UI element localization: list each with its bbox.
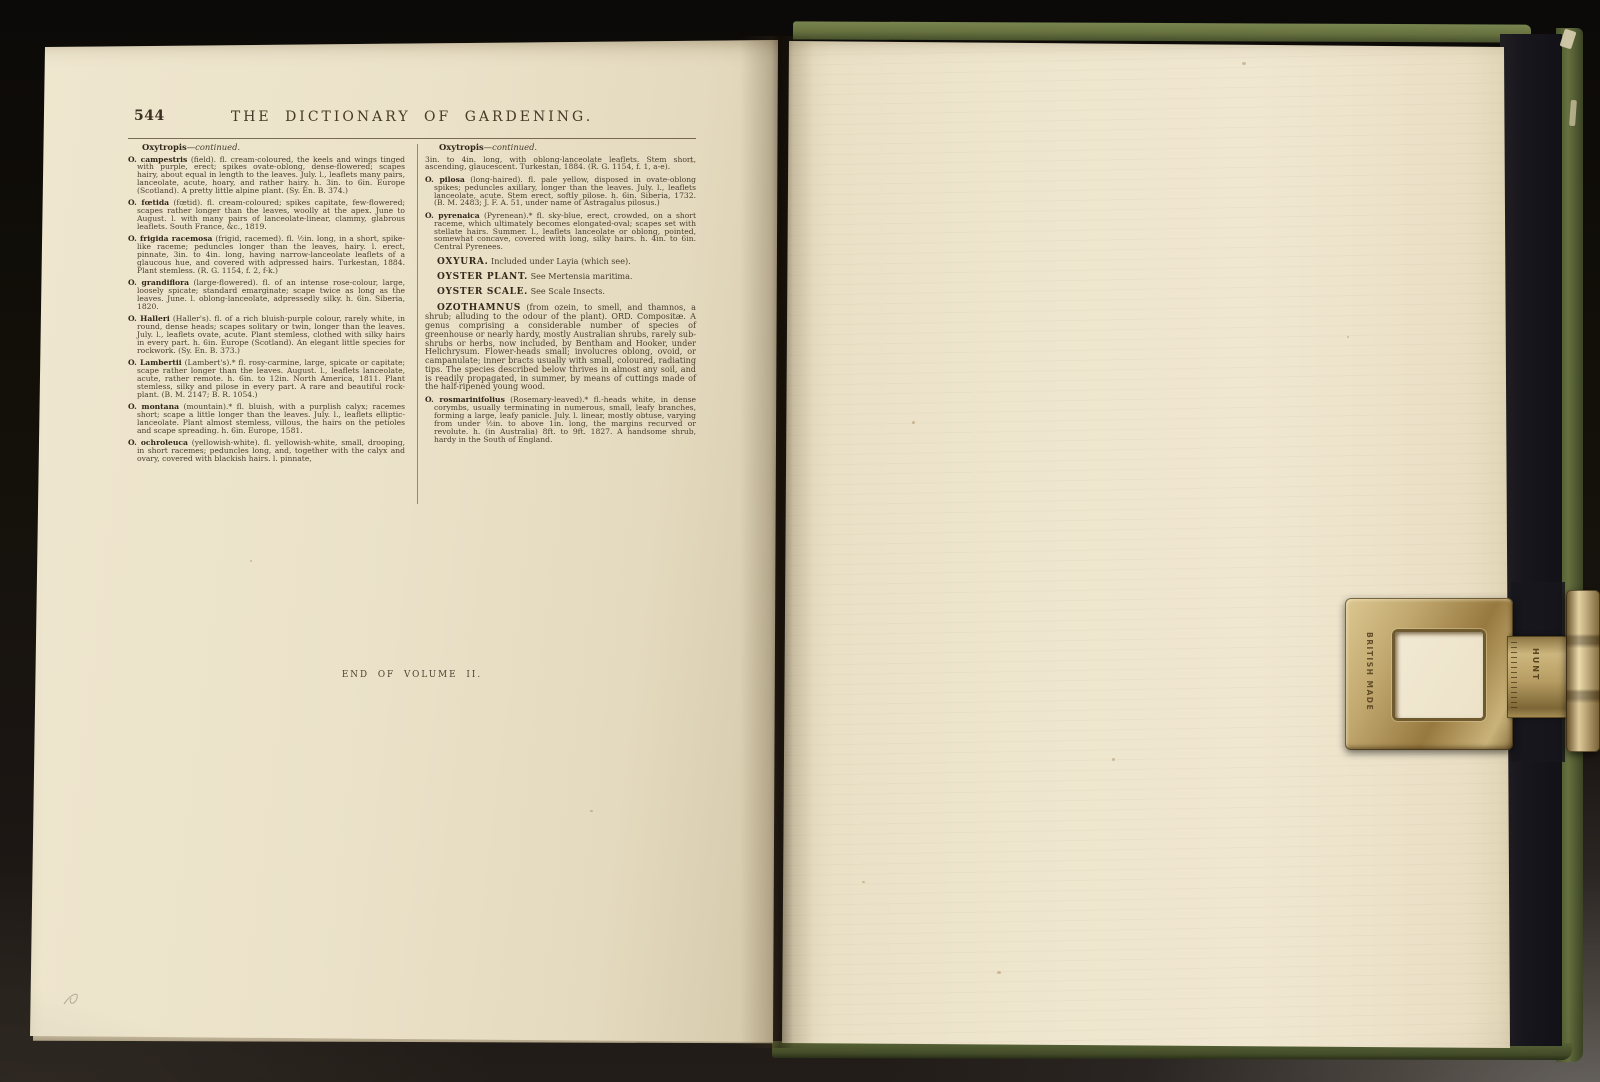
entry-lead: OYSTER SCALE. xyxy=(437,287,528,297)
dictionary-entry: O. pilosa (long-haired). fl. pale yellow… xyxy=(425,176,696,208)
dictionary-entry: OYSTER PLANT. See Mertensia maritima. xyxy=(425,272,696,282)
entry-body: (from ozein, to smell, and thamnos, a sh… xyxy=(425,302,696,392)
dictionary-entry: O. frigida racemosa (frigid, racemed). f… xyxy=(128,235,405,275)
dictionary-entry: O. montana (mountain).* fl. bluish, with… xyxy=(128,403,405,435)
foxing-spot xyxy=(250,560,252,562)
dictionary-entry: O. Halleri (Haller's). fl. of a rich blu… xyxy=(128,315,405,355)
dictionary-entry: O. grandiflora (large-flowered). fl. of … xyxy=(128,279,405,311)
entry-lead: Oxytropis xyxy=(439,142,484,152)
clasp-buckle: BRITISH MADE xyxy=(1345,598,1513,750)
foxing-spot xyxy=(1112,758,1115,761)
foxing-spot xyxy=(912,421,915,424)
right-page xyxy=(782,36,1510,1050)
header-rule xyxy=(128,138,696,139)
text-column-left: Oxytropis—continued.O. campestris (field… xyxy=(128,143,405,467)
clasp-hinge xyxy=(1566,590,1600,752)
dictionary-entry: O. pyrenaica (Pyrenean).* fl. sky-blue, … xyxy=(425,212,696,252)
clasp-engraving: BRITISH MADE xyxy=(1365,632,1374,752)
foxing-spot xyxy=(1347,336,1349,338)
dictionary-entry: OZOTHAMNUS (from ozein, to smell, and th… xyxy=(425,303,696,392)
clasp-buckle-opening xyxy=(1395,632,1483,718)
foxing-spot xyxy=(1242,62,1246,65)
clasp-ruler-ticks xyxy=(1511,642,1517,712)
entry-body: —continued. xyxy=(187,142,240,152)
text-column-right: Oxytropis—continued.3in. to 4in. long, w… xyxy=(425,143,696,448)
entry-lead: OXYURA. xyxy=(437,257,488,267)
dictionary-entry: 3in. to 4in. long, with oblong-lanceolat… xyxy=(425,156,696,172)
end-of-volume-note: END OF VOLUME II. xyxy=(128,670,696,680)
clasp-tongue: HUNT xyxy=(1507,636,1567,718)
foxing-spot xyxy=(690,160,693,163)
entry-body: See Mertensia maritima. xyxy=(528,271,632,281)
entry-body: (long-haired). fl. pale yellow, disposed… xyxy=(434,175,696,208)
dictionary-entry: O. ochroleuca (yellowish-white). fl. yel… xyxy=(128,439,405,463)
running-head: Oxytropis—continued. xyxy=(425,143,696,152)
entry-body: See Scale Insects. xyxy=(528,286,605,296)
dictionary-entry: OXYURA. Included under Layia (which see)… xyxy=(425,257,696,267)
open-book-photo: 544 THE DICTIONARY OF GARDENING. Oxytrop… xyxy=(0,0,1600,1082)
entry-body: (Rosemary-leaved).* fl.-heads white, in … xyxy=(434,395,696,444)
foxing-spot xyxy=(590,810,593,812)
foxing-spot xyxy=(862,881,865,883)
page-header: 544 THE DICTIONARY OF GARDENING. xyxy=(128,106,696,128)
clasp-tongue-engraving: HUNT xyxy=(1531,648,1540,708)
entry-body: Included under Layia (which see). xyxy=(488,256,630,266)
inner-cover-band xyxy=(1500,34,1562,1046)
entry-body: —continued. xyxy=(484,142,537,152)
book-clasp: BRITISH MADE HUNT xyxy=(1335,578,1600,770)
page-title: THE DICTIONARY OF GARDENING. xyxy=(231,109,593,125)
dictionary-entry: OYSTER SCALE. See Scale Insects. xyxy=(425,287,696,297)
dictionary-entry: O. Lambertii (Lambert's).* fl. rosy-carm… xyxy=(128,359,405,399)
dictionary-entry: O. fœtida (fœtid). fl. cream-coloured; s… xyxy=(128,199,405,231)
entry-lead: Oxytropis xyxy=(142,142,187,152)
foxing-spot xyxy=(997,971,1001,974)
running-head: Oxytropis—continued. xyxy=(128,143,405,152)
entry-body: (Haller's). fl. of a rich bluish-purple … xyxy=(137,314,405,355)
entry-lead: OYSTER PLANT. xyxy=(437,272,528,282)
dictionary-entry: O. campestris (field). fl. cream-coloure… xyxy=(128,156,405,196)
entry-body: 3in. to 4in. long, with oblong-lanceolat… xyxy=(425,155,696,172)
dictionary-entry: O. rosmarinifolius (Rosemary-leaved).* f… xyxy=(425,396,696,444)
page-number: 544 xyxy=(134,108,165,124)
book-cover-edge-top xyxy=(793,21,1531,42)
column-divider-rule xyxy=(417,144,418,504)
left-page: 544 THE DICTIONARY OF GARDENING. Oxytrop… xyxy=(30,40,778,1042)
entry-body: (fœtid). fl. cream-coloured; spikes capi… xyxy=(137,198,405,231)
pencil-mark xyxy=(58,982,92,1016)
